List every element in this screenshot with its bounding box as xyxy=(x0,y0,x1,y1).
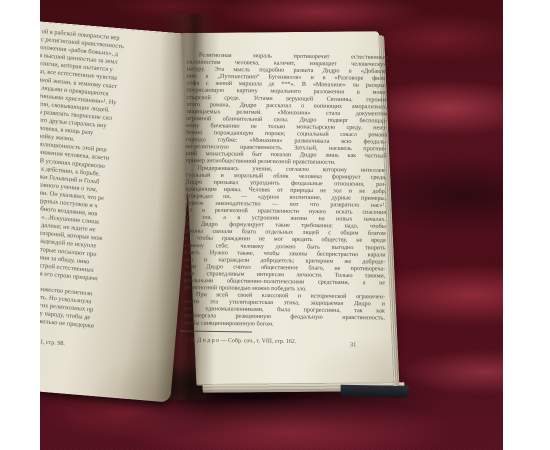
photo: ой в рабской покорности верс религиозной… xyxy=(40,0,503,450)
gutter-shadow xyxy=(155,14,220,401)
page-number: 31 xyxy=(350,341,370,349)
book-cover-edge xyxy=(341,385,409,398)
book-photo-screenshot: ой в рабской покорности верс религиозной… xyxy=(0,0,550,450)
